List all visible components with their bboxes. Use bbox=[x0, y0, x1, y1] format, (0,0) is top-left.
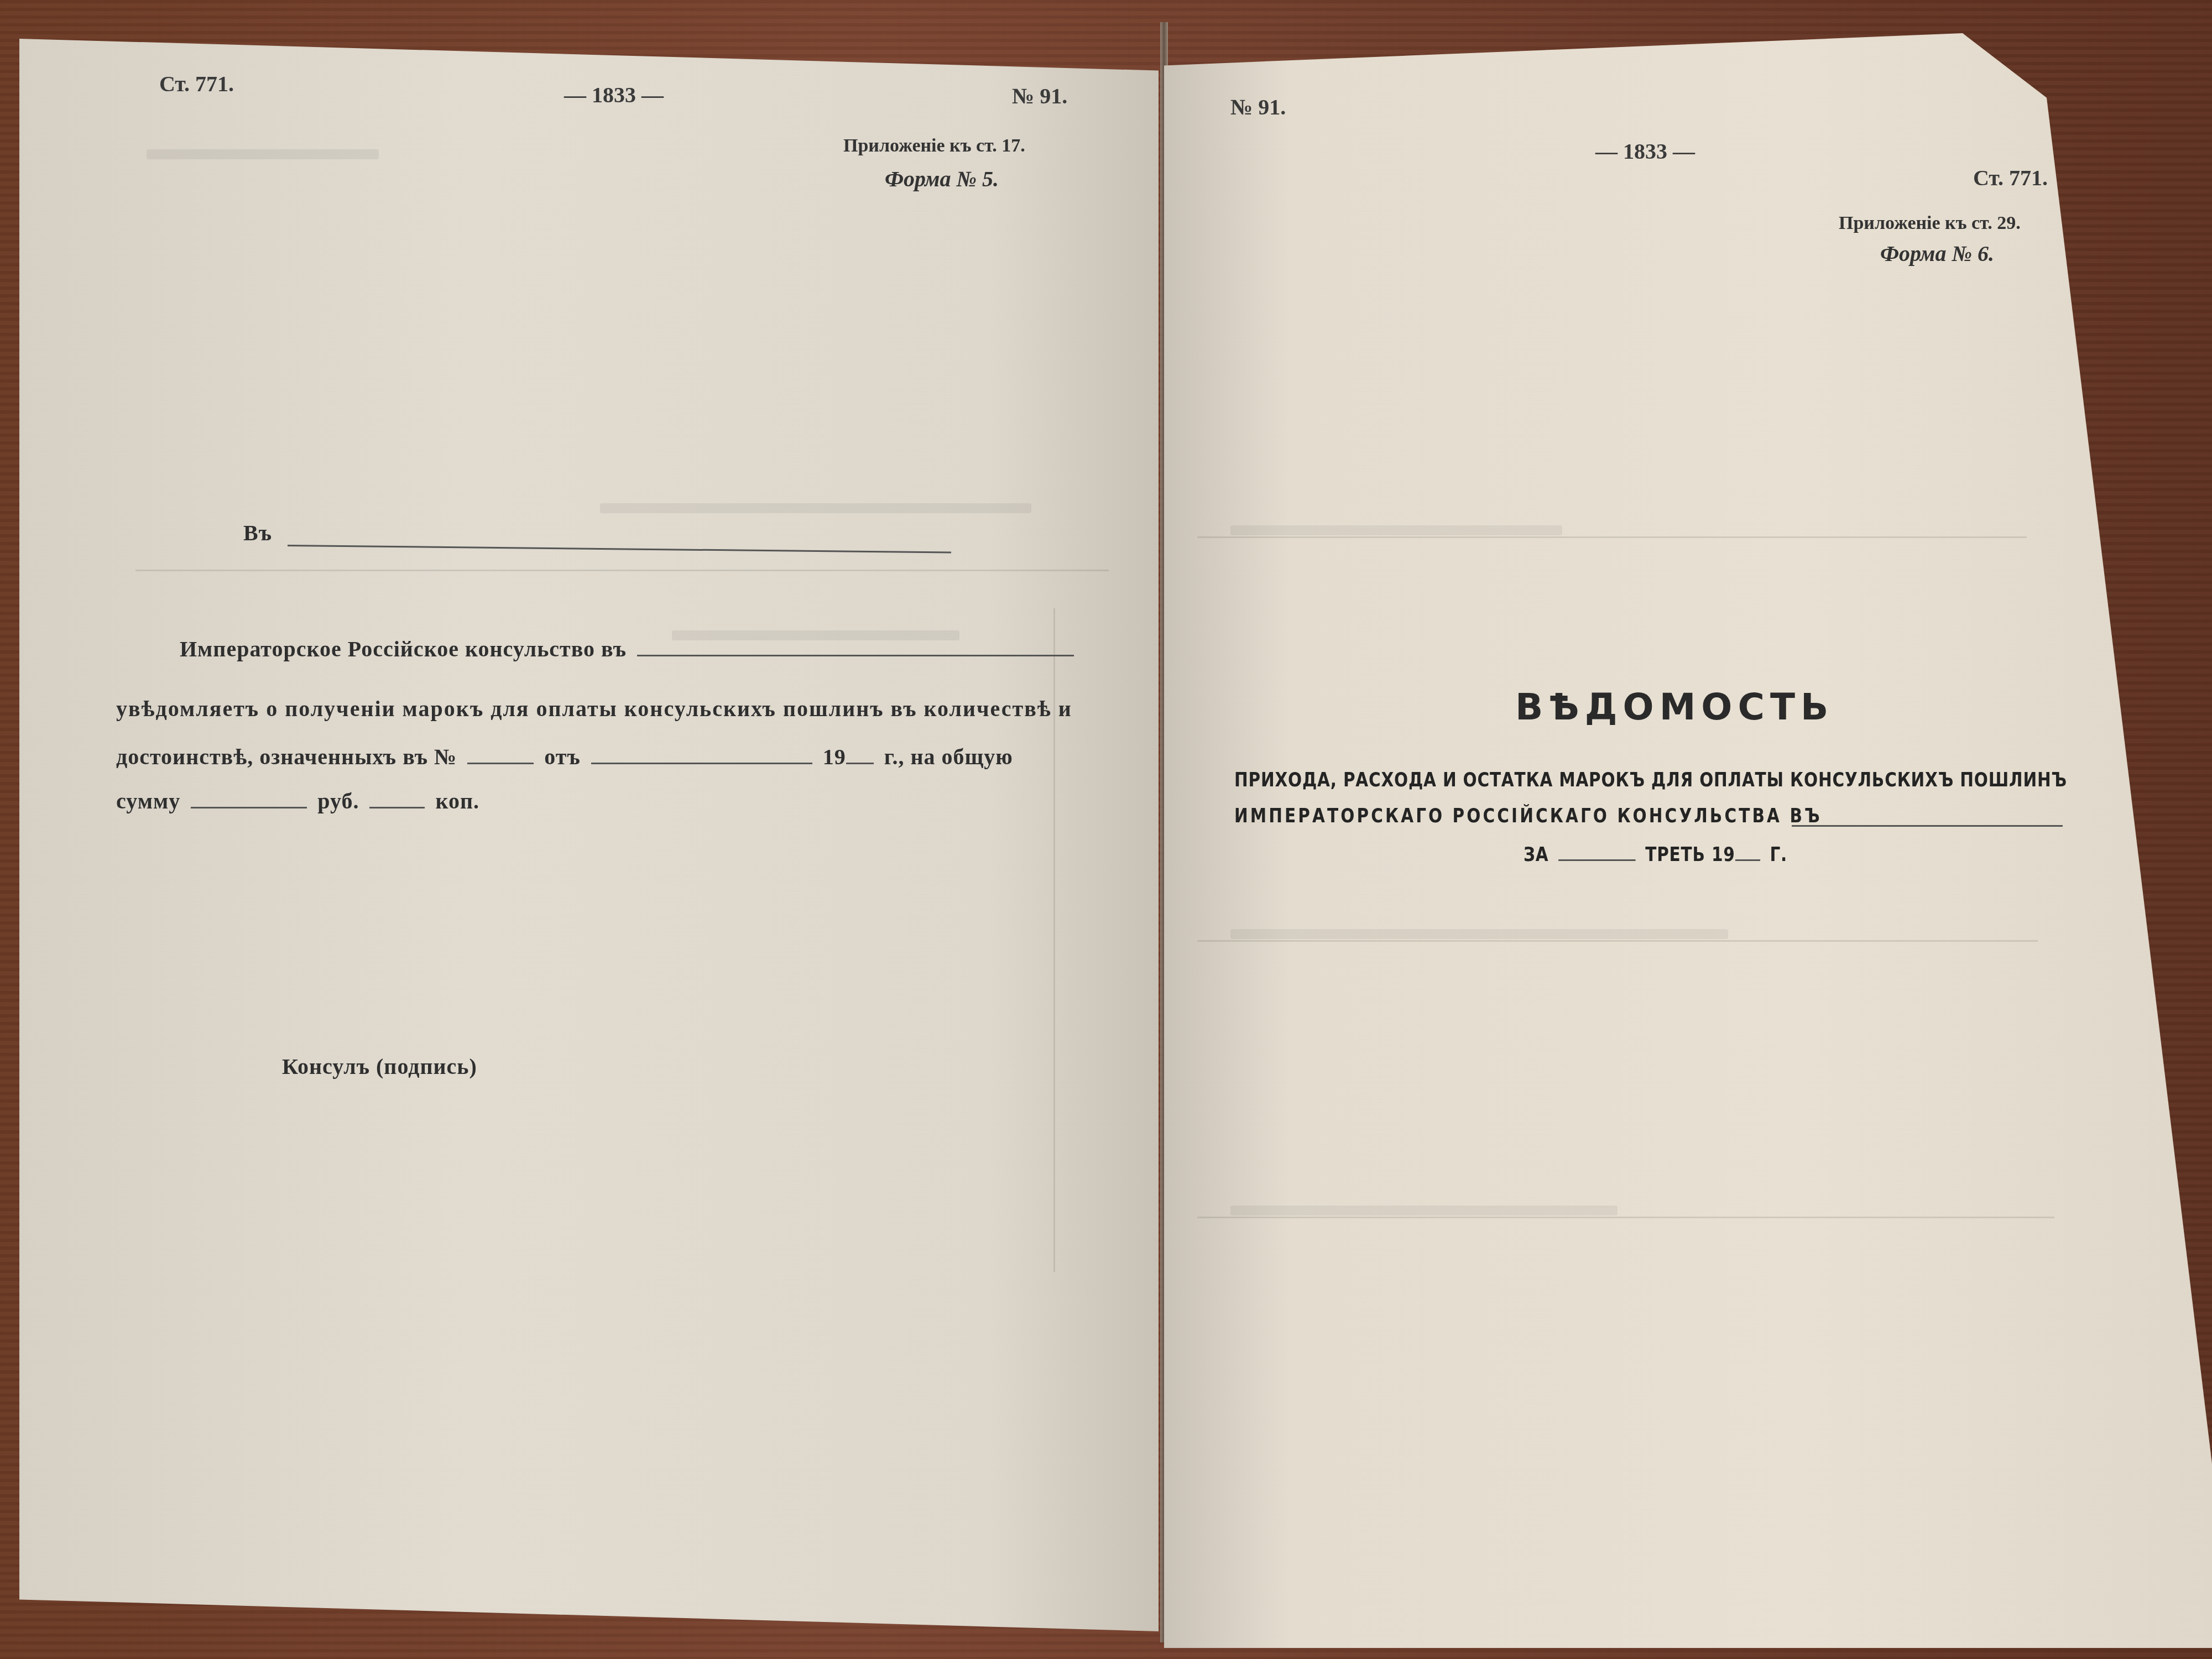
sum-label: сумму bbox=[116, 789, 180, 813]
right-page bbox=[1164, 33, 2212, 1648]
kopecks-blank bbox=[369, 807, 425, 808]
right-appendix-ref: Приложеніе къ ст. 29. bbox=[1839, 213, 2021, 234]
consulate-location-blank bbox=[637, 655, 1074, 656]
body-line-2: увѣдомляетъ о полученіи марокъ для оплат… bbox=[116, 696, 1072, 722]
bleed-through-line bbox=[1197, 1217, 2054, 1218]
left-form-label: Форма № 5. bbox=[885, 166, 999, 192]
left-page-number: — 1833 — bbox=[564, 82, 664, 108]
left-item-number: № 91. bbox=[1012, 83, 1067, 109]
left-appendix-ref: Приложеніе къ ст. 17. bbox=[843, 135, 1025, 156]
third-number-blank bbox=[1558, 859, 1635, 861]
year-blank bbox=[846, 763, 874, 764]
consulate-label: Императорское Россійское консульство въ bbox=[180, 637, 627, 661]
kopecks-label: коп. bbox=[435, 789, 479, 813]
right-page-number: — 1833 — bbox=[1595, 138, 1695, 164]
bleed-through-line bbox=[1197, 940, 2038, 942]
bleed-through-text bbox=[1230, 1206, 1618, 1215]
bleed-through-text bbox=[147, 149, 379, 159]
consulate-location-blank-right bbox=[1792, 825, 2063, 827]
consulate-genitive-label: ИМПЕРАТОРСКАГО РОССІЙСКАГО КОНСУЛЬСТВА В… bbox=[1234, 805, 1822, 827]
third-year-label: ТРЕТЬ 19 bbox=[1645, 843, 1735, 866]
designated-label: достоинствѣ, означенныхъ въ № bbox=[116, 744, 457, 769]
year-abbrev-label: Г. bbox=[1770, 843, 1787, 866]
bleed-through-line bbox=[1197, 536, 2027, 538]
period-line: ЗА ТРЕТЬ 19 Г. bbox=[1524, 843, 1787, 866]
left-article-number: Ст. 771. bbox=[159, 71, 234, 97]
date-blank bbox=[591, 763, 812, 764]
subtitle-line-2: ИМПЕРАТОРСКАГО РОССІЙСКАГО КОНСУЛЬСТВА В… bbox=[1234, 805, 1822, 827]
bleed-through-line bbox=[135, 570, 1109, 571]
rubles-blank bbox=[191, 807, 307, 808]
year-prefix: 19 bbox=[823, 744, 846, 769]
document-title: ВѢДОМОСТЬ bbox=[1515, 686, 1834, 728]
bleed-through-text bbox=[1230, 929, 1728, 939]
body-line-4: сумму руб. коп. bbox=[116, 788, 479, 814]
bleed-through-text bbox=[1230, 525, 1562, 535]
year-blank-right bbox=[1735, 859, 1760, 861]
period-for-label: ЗА bbox=[1524, 843, 1548, 866]
left-page bbox=[19, 39, 1159, 1631]
right-article-number: Ст. 771. bbox=[1973, 165, 2048, 191]
total-sum-label: г., на общую bbox=[884, 744, 1013, 769]
right-form-label: Форма № 6. bbox=[1880, 241, 1994, 267]
from-label: отъ bbox=[544, 744, 580, 769]
body-line-3: достоинствѣ, означенныхъ въ № отъ 19 г.,… bbox=[116, 744, 1013, 770]
subtitle-line-1: ПРИХОДА, РАСХОДА И ОСТАТКА МАРОКЪ ДЛЯ ОП… bbox=[1234, 769, 2067, 791]
body-line-1: Императорское Россійское консульство въ bbox=[180, 636, 1078, 662]
consul-signature-label: Консулъ (подпись) bbox=[282, 1053, 477, 1079]
number-blank bbox=[467, 763, 534, 764]
right-item-number: № 91. bbox=[1230, 94, 1286, 120]
bleed-through-text bbox=[600, 503, 1031, 513]
rubles-label: руб. bbox=[317, 789, 359, 813]
address-prefix: Въ bbox=[243, 520, 272, 546]
